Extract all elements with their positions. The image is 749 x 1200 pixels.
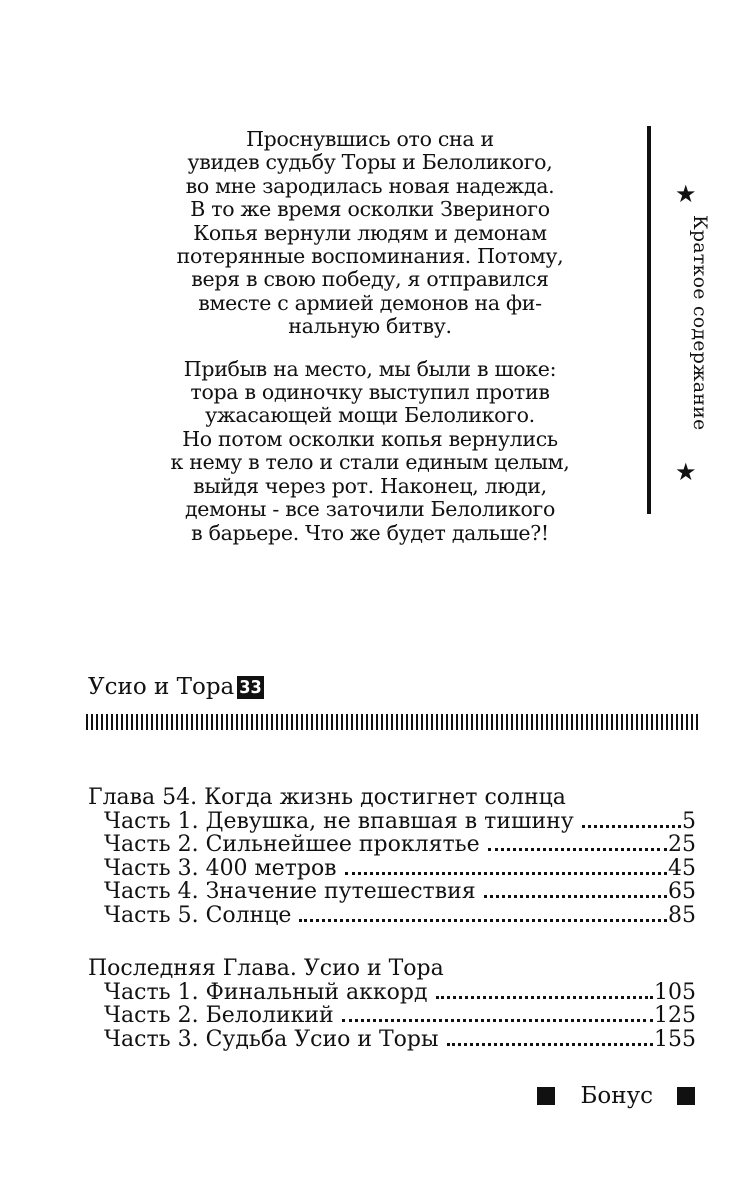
toc-entry[interactable]: Часть 3. 400 метров 45 — [88, 857, 696, 881]
star-icon: ★ — [675, 182, 697, 206]
toc-entry-title: Часть 3. Судьба Усио и Торы — [104, 1028, 439, 1052]
decorative-tick-rule — [86, 714, 698, 730]
series-title: Усио и Тора — [88, 674, 234, 700]
summary-line: Но потом осколки копья вернулись — [182, 427, 558, 451]
toc-entry-page: 85 — [668, 904, 696, 928]
summary-text: Проснувшись ото сна и увидев судьбу Торы… — [120, 128, 620, 545]
toc-entry-title: Часть 1. Финальный аккорд — [104, 981, 428, 1005]
bonus-entry[interactable]: Бонус — [537, 1083, 696, 1109]
star-icon: ★ — [675, 460, 697, 484]
summary-line: выйдя через рот. Наконец, люди, — [193, 474, 547, 498]
toc-entry-page: 65 — [668, 880, 696, 904]
dot-leader — [582, 825, 681, 828]
summary-line: во мне зародилась новая надежда. — [186, 174, 555, 198]
toc-chapter-block: Глава 54. Когда жизнь достигнет солнца Ч… — [88, 786, 696, 927]
sidebar-label: Краткое содержание — [689, 215, 711, 430]
toc-entry-page: 45 — [668, 857, 696, 881]
summary-line: увидев судьбу Торы и Белоликого, — [188, 150, 553, 174]
volume-badge: 33 — [237, 676, 264, 699]
summary-paragraph-2: Прибыв на место, мы были в шоке: тора в … — [120, 358, 620, 545]
summary-line: потерянные воспоминания. Потому, — [177, 244, 564, 268]
toc-chapter-block: Последняя Глава. Усио и Тора Часть 1. Фи… — [88, 957, 696, 1051]
toc-entry[interactable]: Часть 4. Значение путешествия 65 — [88, 880, 696, 904]
summary-line: В то же время осколки Звериного — [190, 197, 550, 221]
summary-line: вместе с армией демонов на фи- — [198, 291, 542, 315]
toc-entry-page: 125 — [654, 1004, 696, 1028]
summary-line: веря в свою победу, я отправился — [191, 267, 548, 291]
dot-leader — [299, 919, 667, 922]
toc-entry[interactable]: Часть 5. Солнце 85 — [88, 904, 696, 928]
toc-entry-title: Часть 2. Сильнейшее проклятье — [104, 833, 480, 857]
toc-entry[interactable]: Часть 2. Белоликий 125 — [88, 1004, 696, 1028]
toc-entry-page: 25 — [668, 833, 696, 857]
toc-entry-page: 5 — [682, 810, 696, 834]
summary-line: демоны - все заточили Белоликого — [185, 497, 555, 521]
chapter-title: Глава 54. Когда жизнь достигнет солнца — [88, 786, 696, 810]
toc-entry-title: Часть 4. Значение путешествия — [104, 880, 476, 904]
sidebar-divider — [647, 126, 651, 514]
summary-line: Прибыв на место, мы были в шоке: — [184, 357, 556, 381]
toc-entry[interactable]: Часть 3. Судьба Усио и Торы 155 — [88, 1028, 696, 1052]
summary-line: Копья вернули людям и демонам — [193, 221, 546, 245]
summary-line: Проснувшись ото сна и — [246, 127, 494, 151]
summary-line: нальную битву. — [288, 314, 451, 338]
summary-sidebar-label: ★ Краткое содержание ★ — [672, 130, 706, 510]
dot-leader — [342, 1019, 653, 1022]
summary-paragraph-1: Проснувшись ото сна и увидев судьбу Торы… — [120, 128, 620, 339]
dot-leader — [345, 872, 667, 875]
dot-leader — [447, 1043, 653, 1046]
toc-entry[interactable]: Часть 2. Сильнейшее проклятье 25 — [88, 833, 696, 857]
toc-entry[interactable]: Часть 1. Финальный аккорд 105 — [88, 981, 696, 1005]
summary-line: тора в одиночку выступил против — [190, 380, 549, 404]
toc-entry-title: Часть 5. Солнце — [104, 904, 291, 928]
toc-entry-page: 105 — [654, 981, 696, 1005]
dot-leader — [436, 996, 653, 999]
chapter-title: Последняя Глава. Усио и Тора — [88, 957, 696, 981]
series-heading: Усио и Тора 33 — [88, 674, 264, 700]
toc-entry-title: Часть 3. 400 метров — [104, 857, 337, 881]
toc-entry-title: Часть 2. Белоликий — [104, 1004, 334, 1028]
square-bullet-icon — [677, 1087, 695, 1105]
summary-line: в барьере. Что же будет дальше?! — [191, 521, 549, 545]
toc-entry[interactable]: Часть 1. Девушка, не впавшая в тишину 5 — [88, 810, 696, 834]
toc-entry-title: Часть 1. Девушка, не впавшая в тишину — [104, 810, 574, 834]
summary-line: ужасающей мощи Белоликого. — [205, 403, 535, 427]
dot-leader — [484, 895, 667, 898]
summary-line: к нему в тело и стали единым целым, — [171, 450, 570, 474]
dot-leader — [488, 848, 667, 851]
square-bullet-icon — [537, 1087, 555, 1105]
bonus-label: Бонус — [581, 1083, 654, 1109]
toc-entry-page: 155 — [654, 1028, 696, 1052]
